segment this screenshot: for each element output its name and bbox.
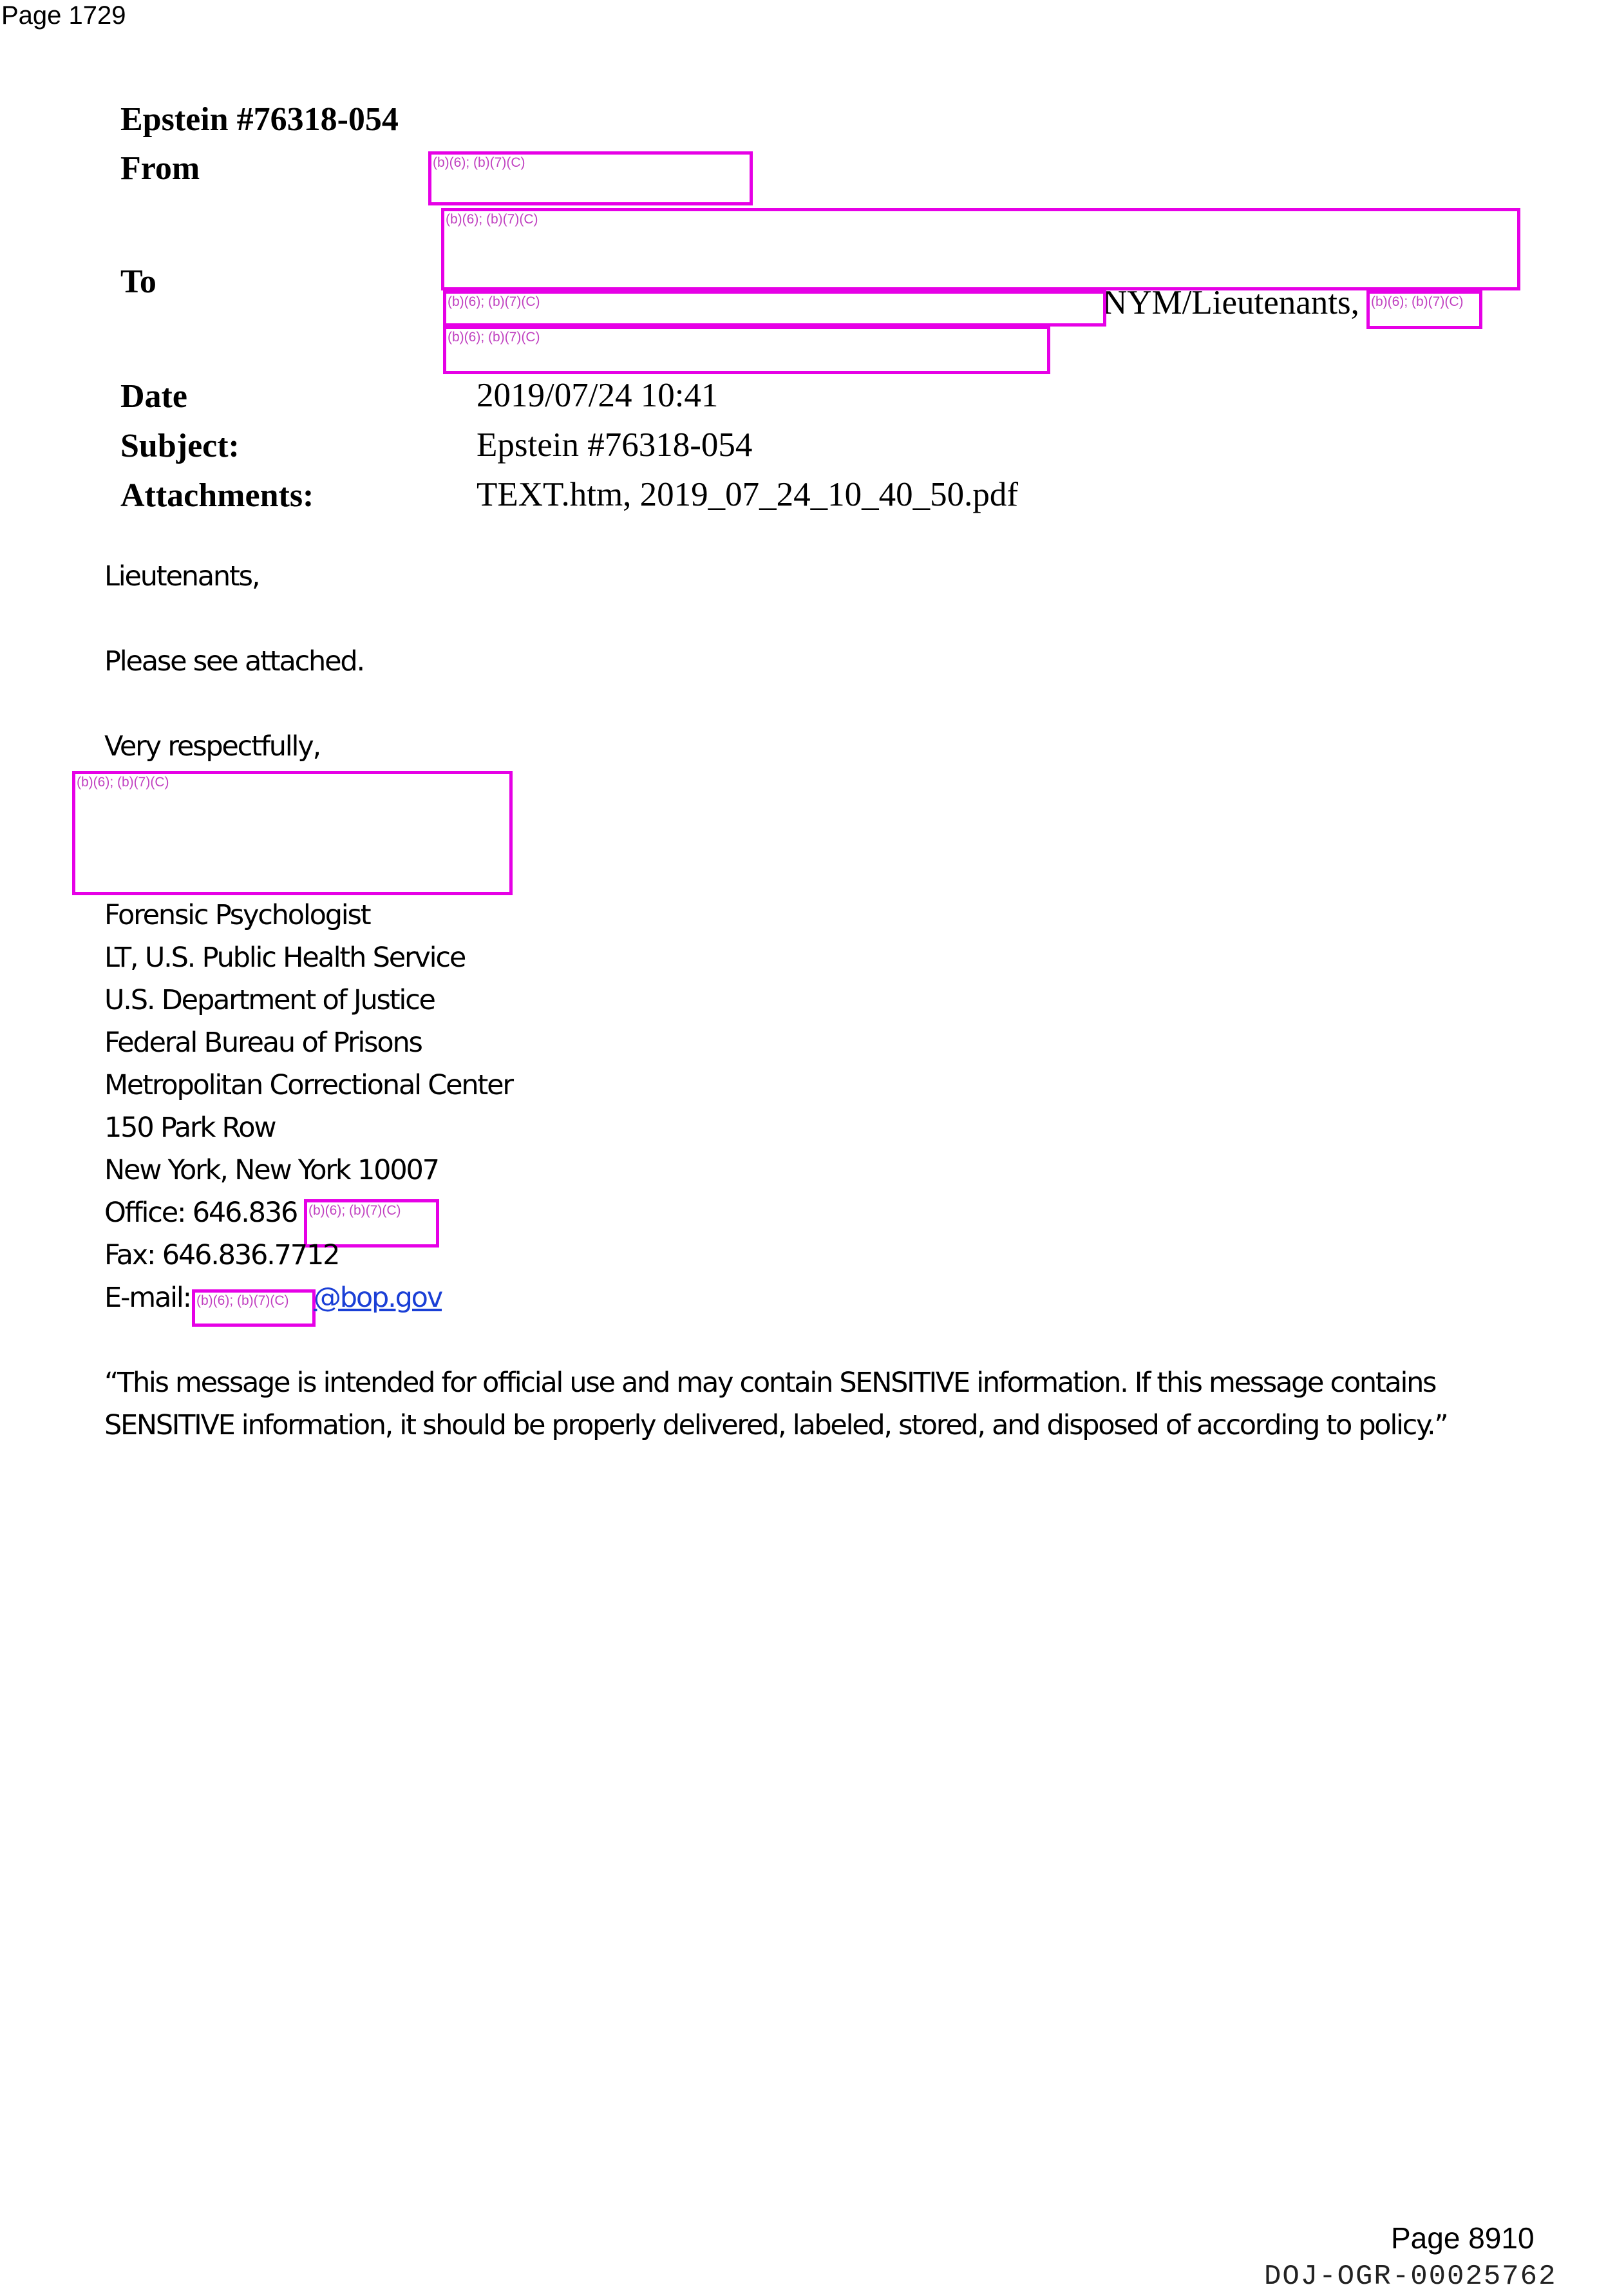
redaction-code: (b)(6); (b)(7)(C) xyxy=(308,1203,401,1219)
redaction-code: (b)(6); (b)(7)(C) xyxy=(433,155,525,171)
redaction-email-user: (b)(6); (b)(7)(C) xyxy=(192,1289,316,1327)
signature-line: Federal Bureau of Prisons xyxy=(104,1027,422,1059)
signature-line: 150 Park Row xyxy=(104,1112,275,1144)
redaction-to-3: (b)(6); (b)(7)(C) xyxy=(1366,290,1482,329)
signature-line: LT, U.S. Public Health Service xyxy=(104,942,465,974)
signature-line: U.S. Department of Justice xyxy=(104,984,435,1016)
redaction-code: (b)(6); (b)(7)(C) xyxy=(77,775,169,790)
redaction-from: (b)(6); (b)(7)(C) xyxy=(428,151,753,205)
date-label: Date xyxy=(120,377,187,415)
email-link[interactable]: @bop.gov xyxy=(314,1282,442,1314)
to-label: To xyxy=(120,263,156,301)
bates-number: DOJ-OGR-00025762 xyxy=(1264,2261,1556,2293)
signature-line: Metropolitan Correctional Center xyxy=(104,1069,513,1101)
redaction-signature-name: (b)(6); (b)(7)(C) xyxy=(72,771,513,895)
attachments-label: Attachments: xyxy=(120,477,314,515)
to-visible-recipient: NYM/Lieutenants, xyxy=(1102,283,1359,322)
date-value: 2019/07/24 10:41 xyxy=(477,376,718,415)
redaction-to-2: (b)(6); (b)(7)(C) xyxy=(443,290,1106,327)
attachments-value[interactable]: TEXT.htm, 2019_07_24_10_40_50.pdf xyxy=(477,475,1018,514)
signature-email-label: E-mail: xyxy=(104,1282,191,1314)
redaction-code: (b)(6); (b)(7)(C) xyxy=(1371,294,1463,310)
body-greeting: Lieutenants, xyxy=(104,560,259,593)
page-footer-number: Page 8910 xyxy=(1391,2221,1535,2255)
subject-value: Epstein #76318-054 xyxy=(477,426,752,464)
page-header-number: Page 1729 xyxy=(1,1,126,30)
redaction-to-1: (b)(6); (b)(7)(C) xyxy=(441,208,1520,290)
disclaimer: “This message is intended for official u… xyxy=(104,1361,1560,1447)
signature-fax: Fax: 646.836.7712 xyxy=(104,1239,339,1271)
redaction-code: (b)(6); (b)(7)(C) xyxy=(448,330,540,345)
redaction-code: (b)(6); (b)(7)(C) xyxy=(448,294,540,310)
from-label: From xyxy=(120,149,200,187)
body-closing: Very respectfully, xyxy=(104,730,320,763)
redaction-code: (b)(6); (b)(7)(C) xyxy=(196,1293,288,1309)
subject-label: Subject: xyxy=(120,427,240,465)
signature-office-phone: Office: 646.836 xyxy=(104,1197,297,1229)
signature-line: New York, New York 10007 xyxy=(104,1154,439,1186)
signature-line: Forensic Psychologist xyxy=(104,899,370,931)
redaction-to-4: (b)(6); (b)(7)(C) xyxy=(443,326,1050,374)
redaction-code: (b)(6); (b)(7)(C) xyxy=(446,212,538,227)
body-text: Please see attached. xyxy=(104,645,364,678)
email-title: Epstein #76318-054 xyxy=(120,100,399,138)
